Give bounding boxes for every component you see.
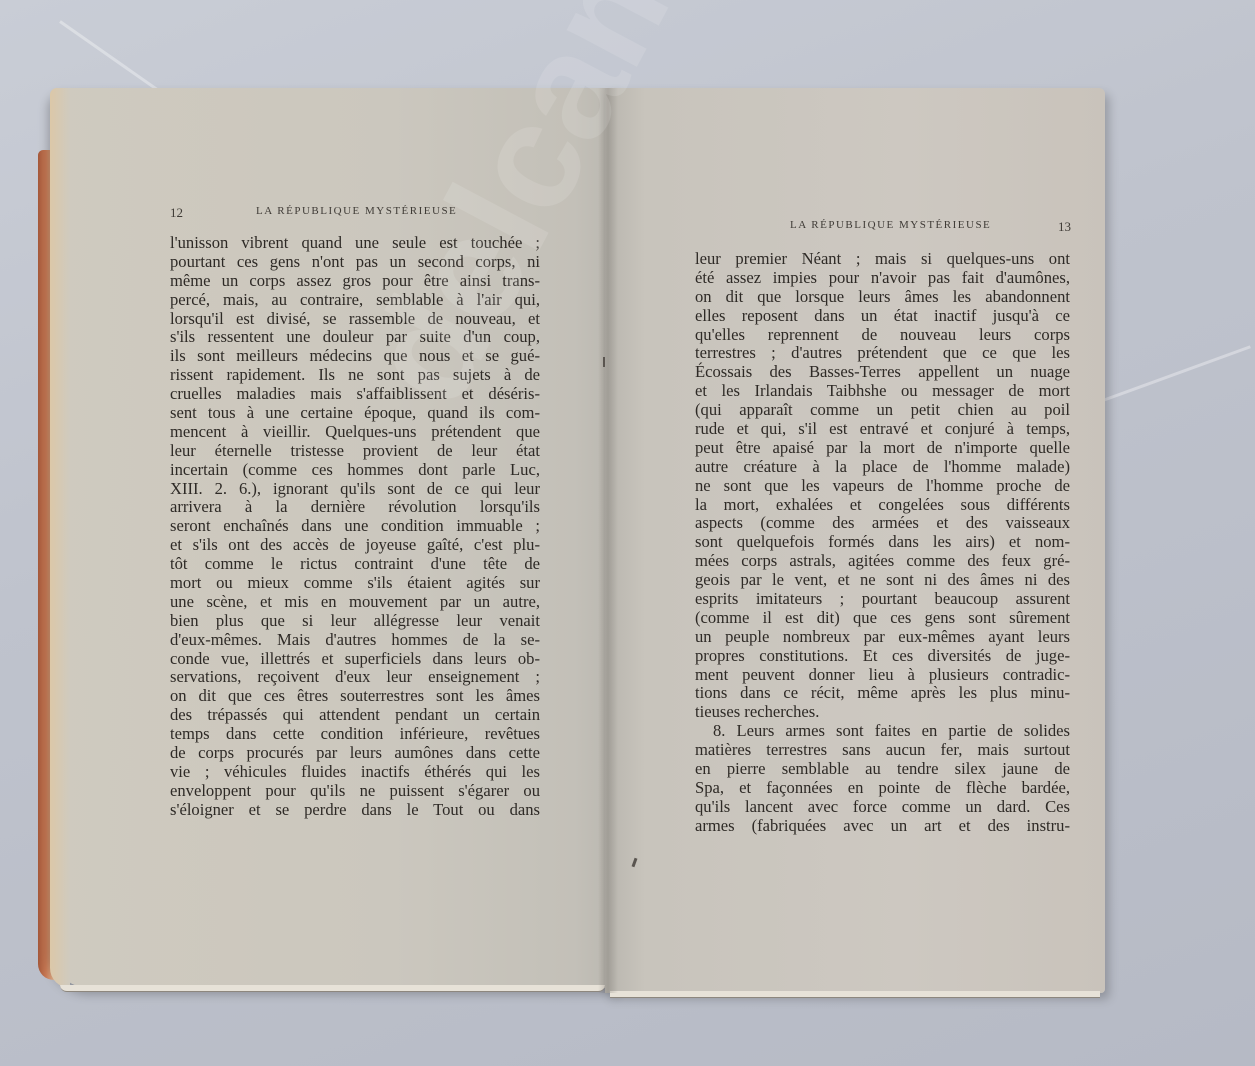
text-line: elles reposent dans un état inactif jusq…	[695, 307, 1070, 326]
text-line: autre créature à la place de l'homme mal…	[695, 458, 1070, 477]
text-line: tions dans ce récit, même après les plus…	[695, 684, 1070, 703]
text-line: tieuses recherches.	[695, 703, 1070, 722]
page-stack-bottom	[60, 985, 605, 992]
text-line: terrestres ; d'autres prétendent que ce …	[695, 344, 1070, 363]
text-line: mort ou mieux comme s'ils étaient agités…	[170, 574, 540, 593]
text-line: même un corps assez gros pour être ainsi…	[170, 272, 540, 291]
text-line: vie ; véhicules fluides inactifs éthérés…	[170, 763, 540, 782]
page-number-right: 13	[1058, 219, 1071, 235]
text-line: mées corps astrals, agitées comme des fe…	[695, 552, 1070, 571]
text-line: en pierre semblable au tendre silex jaun…	[695, 760, 1070, 779]
text-line: armes (fabriquées avec un art et des ins…	[695, 817, 1070, 836]
text-line: temps dans cette condition inférieure, r…	[170, 725, 540, 744]
running-head-right: LA RÉPUBLIQUE MYSTÉRIEUSE	[790, 219, 991, 231]
text-line: ils sont meilleurs médecins que nous et …	[170, 347, 540, 366]
text-line: d'eux-mêmes. Mais d'autres hommes de la …	[170, 631, 540, 650]
text-line: leur éternelle tristesse provient de leu…	[170, 442, 540, 461]
paper-fleck	[603, 357, 605, 367]
text-line: de corps procurés par leurs aumônes dans…	[170, 744, 540, 763]
text-line: servations, reçoivent d'eux leur enseign…	[170, 668, 540, 687]
text-line: arrivera à la dernière révolution lorsqu…	[170, 498, 540, 517]
text-line: matières terrestres sans aucun fer, mais…	[695, 741, 1070, 760]
text-line: leur premier Néant ; mais si quelques-un…	[695, 250, 1070, 269]
text-line: rude et qui, s'il est entravé et conjuré…	[695, 420, 1070, 439]
text-line: conde vue, illettrés et superficiels dan…	[170, 650, 540, 669]
text-line: sont quelquefois formés dans les airs) e…	[695, 533, 1070, 552]
text-line: ment peuvent donner lieu à plusieurs con…	[695, 666, 1070, 685]
text-line: bien plus que si leur allégresse leur ve…	[170, 612, 540, 631]
text-line: on dit que lorsque leurs âmes les abando…	[695, 288, 1070, 307]
text-line: percé, mais, au contraire, semblable à l…	[170, 291, 540, 310]
cloth-fold	[1099, 345, 1250, 403]
text-line: esprits imitateurs ; pourtant beaucoup a…	[695, 590, 1070, 609]
text-line: la mort, exhalées et congelées sous diff…	[695, 496, 1070, 515]
text-line: tôt comme le rictus contraint d'une tête…	[170, 555, 540, 574]
text-line: qu'ils lancent avec force comme un dard.…	[695, 798, 1070, 817]
text-line: cruelles maladies mais s'affaiblissent e…	[170, 385, 540, 404]
text-line: lorsqu'il est divisé, se rassemble de no…	[170, 310, 540, 329]
text-line: qu'elles reprennent de nouveau leurs cor…	[695, 326, 1070, 345]
text-line: seront enchaînés dans une condition immu…	[170, 517, 540, 536]
text-line: un peuple nombreux par eux-mêmes ayant l…	[695, 628, 1070, 647]
text-line: rissent rapidement. Ils ne sont pas suje…	[170, 366, 540, 385]
text-line: aspects (comme des armées et des vaissea…	[695, 514, 1070, 533]
page-stack-bottom	[610, 991, 1100, 998]
text-line: ne sont que les vapeurs de l'homme proch…	[695, 477, 1070, 496]
text-line: Spa, et façonnées en pointe de flèche ba…	[695, 779, 1070, 798]
book-gutter	[598, 88, 618, 993]
text-line: mencent à vieillir. Quelques-uns prétend…	[170, 423, 540, 442]
text-line: pourtant ces gens n'ont pas un second co…	[170, 253, 540, 272]
text-line: s'éloigner et se perdre dans le Tout ou …	[170, 801, 540, 820]
text-line: enveloppent pour qu'ils ne puissent s'ég…	[170, 782, 540, 801]
text-line: l'unisson vibrent quand une seule est to…	[170, 234, 540, 253]
text-line: et les Irlandais Taibhshe ou messager de…	[695, 382, 1070, 401]
text-line: geois par le vent, et ne sont ni des âme…	[695, 571, 1070, 590]
text-line: XIII. 2. 6.), ignorant qu'ils sont de ce…	[170, 480, 540, 499]
text-line: (qui apparaît comme un petit chien au po…	[695, 401, 1070, 420]
page-stack-edge	[50, 88, 70, 988]
text-line: on dit que ces êtres souterrestres sont …	[170, 687, 540, 706]
text-line: s'ils ressentent une douleur par suite d…	[170, 328, 540, 347]
text-line: sent tous à une certaine époque, quand i…	[170, 404, 540, 423]
page-number-left: 12	[170, 205, 183, 221]
text-line: Écossais des Basses-Terres appellent un …	[695, 363, 1070, 382]
running-head-left: LA RÉPUBLIQUE MYSTÉRIEUSE	[256, 205, 457, 217]
right-page-body: leur premier Néant ; mais si quelques-un…	[695, 250, 1070, 836]
text-line: des trépassés qui attendent pendant un c…	[170, 706, 540, 725]
text-line: été assez impies pour n'avoir pas fait d…	[695, 269, 1070, 288]
text-line: (comme il est dit) que ces gens sont sûr…	[695, 609, 1070, 628]
text-line: propres constitutions. Et ces diversités…	[695, 647, 1070, 666]
text-line: une scène, et mis en mouvement par un au…	[170, 593, 540, 612]
text-line: incertain (comme ces hommes dont parle L…	[170, 461, 540, 480]
left-page-body: l'unisson vibrent quand une seule est to…	[170, 234, 540, 820]
text-line: peut être apaisé par la mort de n'import…	[695, 439, 1070, 458]
text-line: 8. Leurs armes sont faites en partie de …	[695, 722, 1070, 741]
text-line: et s'ils ont des accès de joyeuse gaîté,…	[170, 536, 540, 555]
